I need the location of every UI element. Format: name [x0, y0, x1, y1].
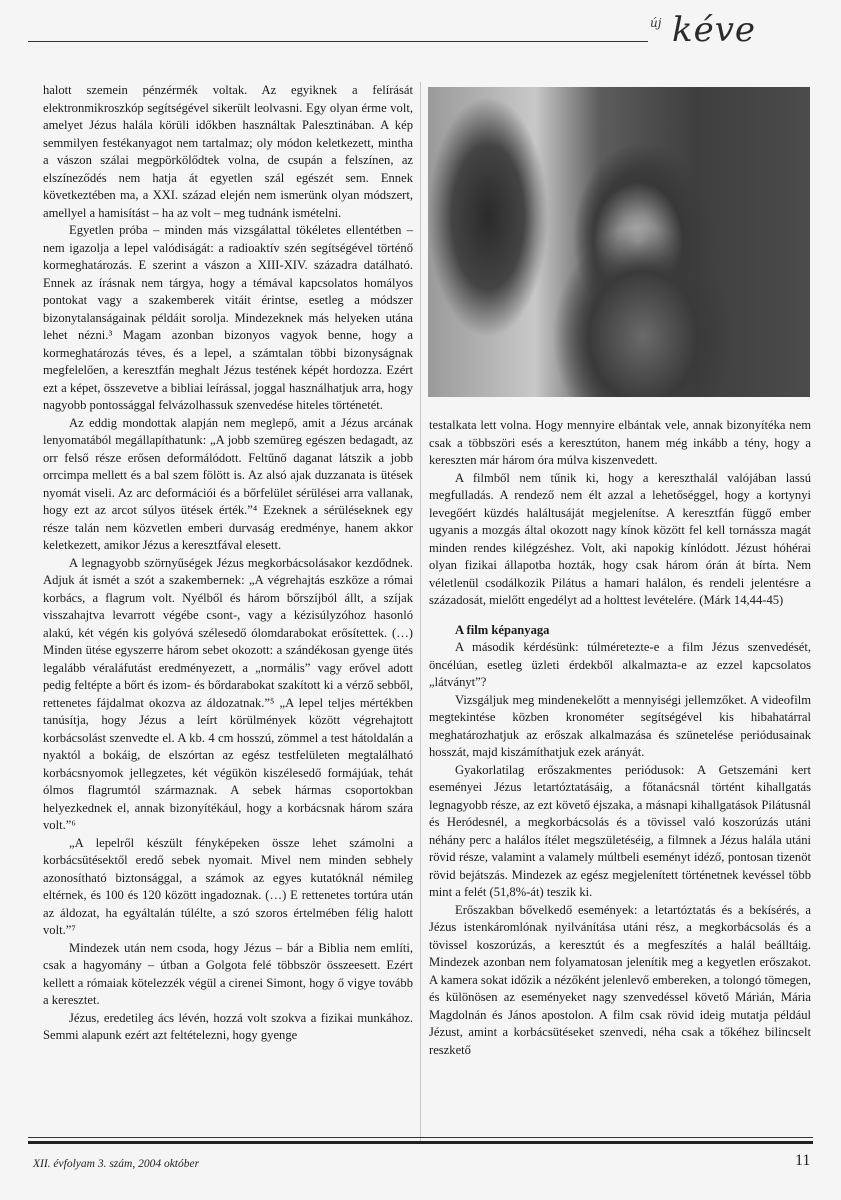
- logo-prefix: új: [650, 16, 661, 30]
- column-divider: [420, 82, 421, 1142]
- paragraph: Az eddig mondottak alapján nem meglepő, …: [43, 415, 413, 555]
- footer-rule-thick: [28, 1141, 813, 1144]
- footer-rule-thin: [28, 1137, 813, 1138]
- page-number: 11: [795, 1152, 810, 1170]
- paragraph: „A lepelről készült fényképeken össze le…: [43, 835, 413, 940]
- paragraph: Jézus, eredetileg ács lévén, hozzá volt …: [43, 1010, 413, 1045]
- paragraph: Vizsgáljuk meg mindenekelőtt a mennyiség…: [429, 692, 811, 762]
- paragraph: A legnagyobb szörnyűségek Jézus megkorbá…: [43, 555, 413, 835]
- paragraph: Gyakorlatilag erőszakmentes periódusok: …: [429, 762, 811, 902]
- film-still-photo: [428, 87, 810, 397]
- section-heading: A film képanyaga: [429, 622, 811, 640]
- paragraph: testalkata lett volna. Hogy mennyire elb…: [429, 417, 811, 470]
- issue-info: XII. évfolyam 3. szám, 2004 október: [33, 1158, 199, 1170]
- paragraph: halott szemein pénzérmék voltak. Az egyi…: [43, 82, 413, 222]
- paragraph: Egyetlen próba – minden más vizsgálattal…: [43, 222, 413, 415]
- paragraph: A filmből nem tűnik ki, hogy a keresztha…: [429, 470, 811, 610]
- paragraph: Erőszakban bővelkedő események: a letart…: [429, 902, 811, 1060]
- right-column: testalkata lett volna. Hogy mennyire elb…: [429, 417, 811, 1137]
- paragraph: Mindezek után nem csoda, hogy Jézus – bá…: [43, 940, 413, 1010]
- magazine-logo: új kéve: [650, 14, 810, 54]
- header-rule: [28, 41, 648, 42]
- left-column: halott szemein pénzérmék voltak. Az egyi…: [43, 82, 413, 1132]
- logo-title: kéve: [672, 10, 756, 50]
- paragraph: A második kérdésünk: túlméretezte-e a fi…: [429, 639, 811, 692]
